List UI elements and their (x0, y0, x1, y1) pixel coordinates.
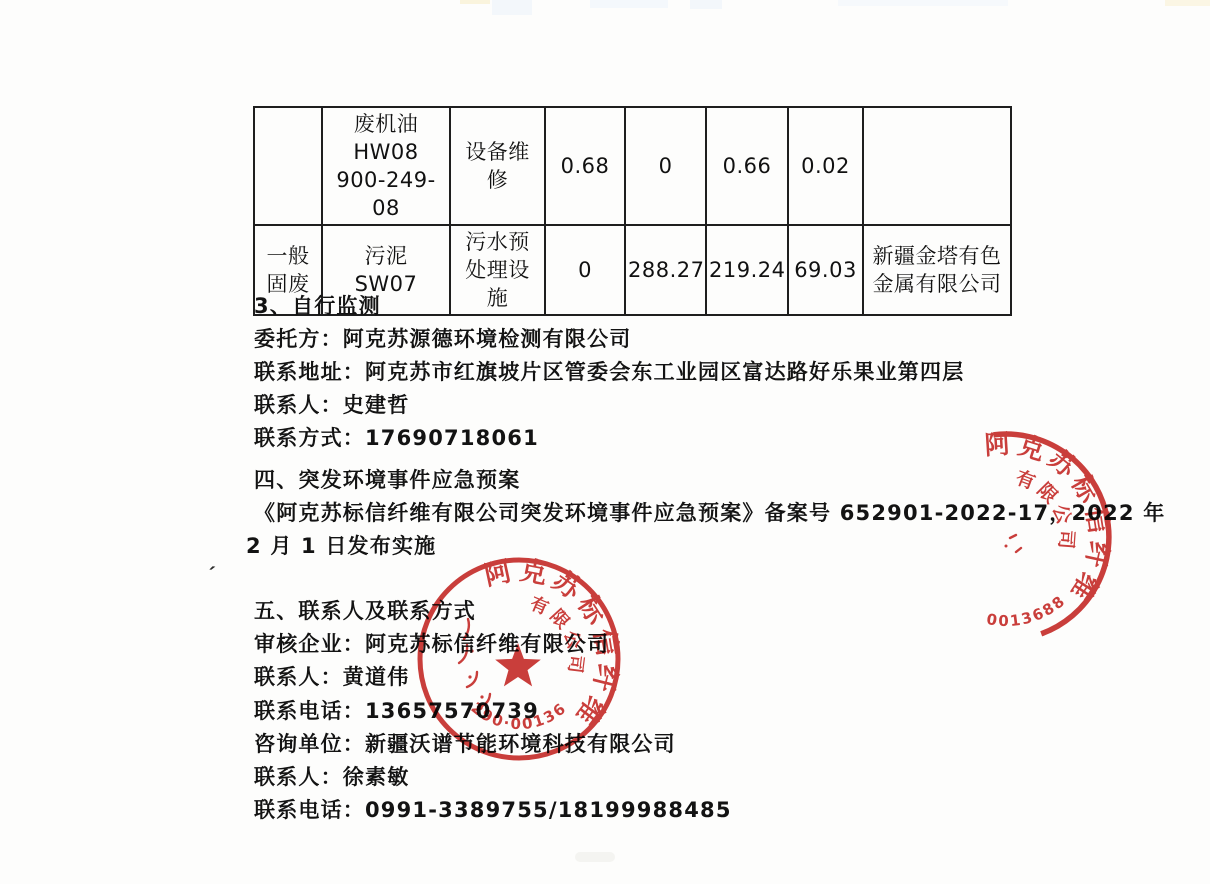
seal-uyghur-script (459, 619, 490, 707)
scan-artifact (1165, 0, 1210, 6)
cell-waste-category (254, 107, 322, 225)
heading-emergency-plan: 四、突发环境事件应急预案 (254, 468, 520, 492)
svg-text:290·00136: 290·00136 (468, 699, 571, 734)
cell-value: 0.66 (706, 107, 788, 225)
cell-waste-name: 废机油 HW08 900-249-08 (322, 107, 450, 225)
scan-artifact (690, 0, 722, 9)
line-address: 联系地址：阿克苏市红旗坡片区管委会东工业园区富达路好乐果业第四层 (254, 360, 964, 384)
stray-tick-mark: ˊ (203, 562, 216, 587)
cell-disposal-unit: 新疆金塔有色 金属有限公司 (863, 225, 1011, 315)
cell-value: 0 (545, 225, 625, 315)
line-client: 委托方：阿克苏源德环境检测有限公司 (254, 327, 631, 351)
line-contact-person-1: 联系人：黄道伟 (254, 665, 409, 689)
cell-value: 0.02 (788, 107, 863, 225)
cell-value: 0.68 (545, 107, 625, 225)
heading-self-monitoring: 3、自行监测 (254, 294, 381, 318)
cell-value: 0 (625, 107, 706, 225)
line-contact-person: 联系人：史建哲 (254, 393, 409, 417)
cell-value: 69.03 (788, 225, 863, 315)
scan-artifact (492, 0, 532, 15)
company-seal-right: 阿克苏标信纤维 有限公司 0013688 (890, 420, 1130, 660)
star-icon (495, 643, 541, 686)
line-contact-person-2: 联系人：徐素敏 (254, 765, 409, 789)
scan-artifact (460, 0, 490, 4)
seal-faint-marks (1005, 535, 1022, 552)
line-contact-phone: 联系方式：17690718061 (254, 426, 539, 450)
scan-artifact (590, 0, 668, 8)
table-row: 废机油 HW08 900-249-08 设备维 修 0.68 0 0.66 0.… (254, 107, 1011, 225)
svg-text:阿克苏标信纤维: 阿克苏标信纤维 (984, 429, 1115, 609)
scan-artifact (838, 0, 1008, 6)
seal-ring-text: 阿克苏标信纤维 (984, 429, 1115, 609)
waste-table: 废机油 HW08 900-249-08 设备维 修 0.68 0 0.66 0.… (253, 106, 1012, 316)
line-plan-date: 2 月 1 日发布实施 (246, 534, 436, 558)
cell-value: 219.24 (706, 225, 788, 315)
cell-value: 288.27 (625, 225, 706, 315)
cell-waste-source: 设备维 修 (450, 107, 545, 225)
seal-code-digits: 290·00136 (468, 699, 571, 734)
company-seal-center: 阿克苏标信纤维 有限公司 290·00136 (412, 551, 626, 767)
line-contact-phone-2: 联系电话：0991-3389755/18199988485 (254, 798, 732, 822)
cell-waste-source: 污水预 处理设 施 (450, 225, 545, 315)
scan-artifact (575, 852, 615, 862)
cell-disposal-unit (863, 107, 1011, 225)
document-page: 废机油 HW08 900-249-08 设备维 修 0.68 0 0.66 0.… (0, 0, 1210, 884)
